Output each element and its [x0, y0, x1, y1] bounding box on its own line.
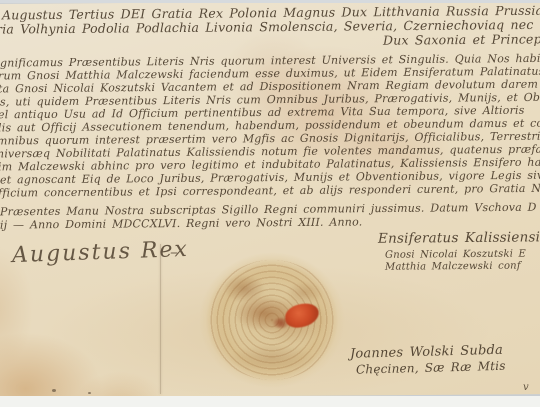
fold-crease: [160, 244, 161, 394]
office-note-line: Ensiferatus Kalissiensi: [378, 229, 540, 247]
office-note-line: Gnosi Nicolai Koszutski E: [385, 248, 540, 261]
manuscript-title-line: Dux Saxonia et Princeps: [383, 31, 540, 47]
signature-flourish: –: [170, 242, 178, 261]
ink-mark: v: [523, 382, 529, 393]
photo-of-manuscript: Augustus Tertius DEI Gratia Rex Polonia …: [0, 0, 540, 407]
seal-age-stain: [199, 252, 345, 388]
ink-speck: [52, 389, 56, 392]
ink-speck: [88, 392, 91, 394]
office-note-line: Matthia Malczewski conf: [385, 260, 540, 273]
photo-bottom-edge: [0, 396, 540, 407]
royal-paper-seal: [199, 252, 345, 388]
